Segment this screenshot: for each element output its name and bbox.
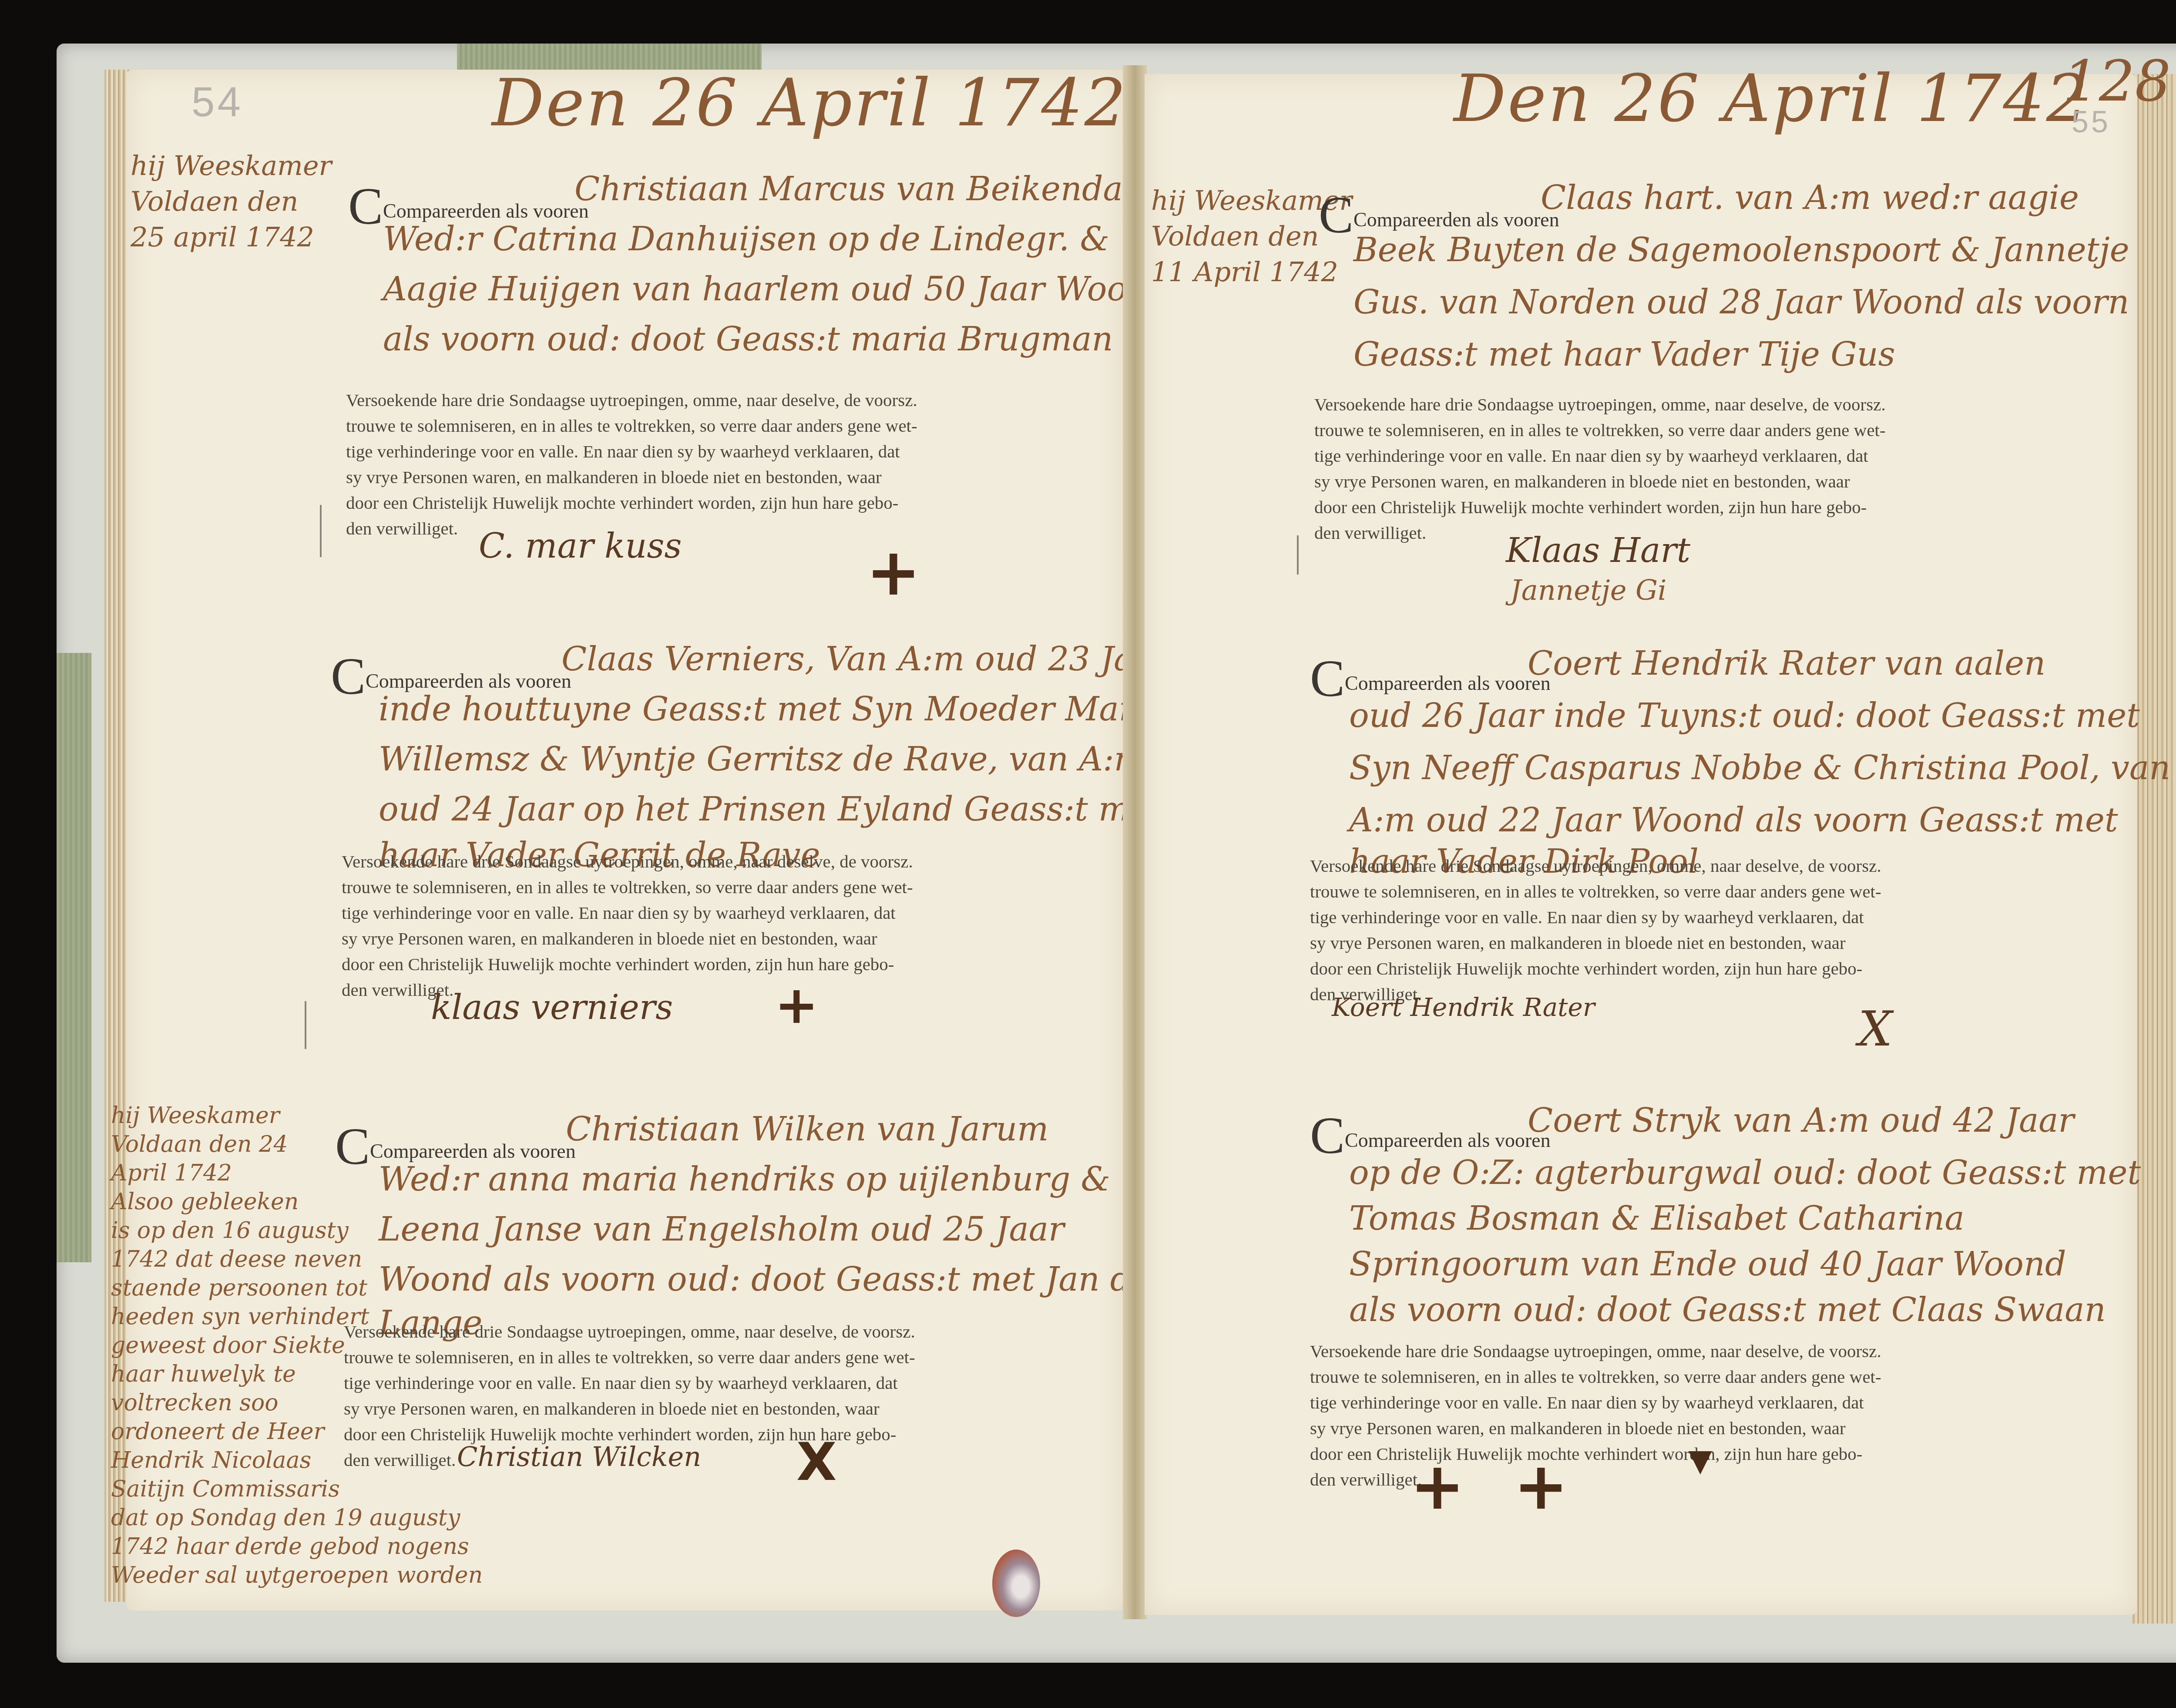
page-edges-right: [2132, 74, 2176, 1624]
right-entry-3-line-2: op de O:Z: agterburgwal oud: doot Geass:…: [1349, 1147, 2141, 1198]
binding-ribbon-left: [57, 653, 91, 1262]
right-entry-2-signature: Koert Hendrik Rater: [1332, 992, 1595, 1022]
left-entry-2-mark: +: [775, 979, 819, 1032]
right-entry-3-printed-formula: Versoekende hare drie Sondaagse uytroepi…: [1310, 1338, 1919, 1493]
left-entry-1-signature: C. mar kuss: [479, 527, 682, 566]
left-header-date: Den 26 April 1742: [492, 65, 1128, 141]
left-entry-3-mark: X: [796, 1436, 837, 1489]
right-entry-3-marks: + +: [1410, 1454, 1582, 1519]
right-entry-3-line-1: Coert Stryk van A:m oud 42 Jaar: [1528, 1095, 2074, 1146]
left-entry-1-bracket: [320, 505, 322, 557]
left-entry-3-line-3: Leena Janse van Engelsholm oud 25 Jaar: [379, 1204, 1064, 1255]
book-gutter: [1123, 65, 1147, 1619]
left-entry-1-margin-note: hij Weeskamer Voldaen den 25 april 1742: [131, 148, 332, 255]
right-entry-2-printed-formula: Versoekende hare drie Sondaagse uytroepi…: [1310, 853, 1919, 1007]
left-entry-1-line-2: Wed:r Catrina Danhuijsen op de Lindegr. …: [383, 213, 1109, 265]
right-entry-2-line-3: Syn Neeff Casparus Nobbe & Christina Poo…: [1349, 742, 2170, 793]
left-entry-3-line-1: Christiaan Wilken van Jarum: [566, 1103, 1048, 1155]
right-entry-2-mark: X: [1858, 1001, 1892, 1057]
left-entry-1-line-1: Christiaan Marcus van Beikenda: [574, 163, 1123, 215]
left-entry-3-line-2: Wed:r anna maria hendriks op uijlenburg …: [379, 1153, 1110, 1205]
right-entry-1-bracket: [1297, 535, 1299, 575]
left-entry-1-line-4: als voorn oud: doot Geass:t maria Brugma…: [383, 313, 1113, 365]
left-entry-2-line-2: inde houttuyne Geass:t met Syn Moeder Ma…: [379, 683, 1204, 735]
left-entry-1-line-3: Aagie Huijgen van haarlem oud 50 Jaar Wo…: [383, 263, 1169, 315]
right-entry-1-line-2: Beek Buyten de Sagemoolenspoort & Jannet…: [1353, 224, 2129, 276]
left-pencil-folio: 54: [191, 78, 243, 126]
right-entry-1-line-3: Gus. van Norden oud 28 Jaar Woond als vo…: [1353, 276, 2129, 328]
right-entry-2-line-2: oud 26 Jaar inde Tuyns:t oud: doot Geass…: [1349, 690, 2140, 741]
right-entry-1-signature-2: Jannetje Gi: [1510, 575, 1667, 607]
right-entry-1-line-1: Claas hart. van A:m wed:r aagie: [1541, 172, 2079, 223]
right-entry-3-line-4: Springoorum van Ende oud 40 Jaar Woond: [1349, 1238, 2066, 1290]
right-entry-1-signature-1: Klaas Hart: [1506, 531, 1690, 570]
left-entry-1-printed-formula: Versoekende hare drie Sondaagse uytroepi…: [346, 387, 955, 541]
right-entry-3-ink-blot: ▼: [1689, 1445, 1712, 1476]
left-entry-3-signature: Christian Wilcken: [457, 1441, 701, 1473]
right-pencil-folio: 55: [2072, 104, 2111, 139]
left-entry-2-line-1: Claas Verniers, Van A:m oud 23 Jaar: [561, 633, 1169, 685]
left-entry-1-mark: +: [866, 540, 921, 605]
left-entry-2-bracket: [305, 1001, 306, 1049]
right-entry-1-printed-formula: Versoekende hare drie Sondaagse uytroepi…: [1314, 392, 1924, 546]
left-entry-2-printed-formula: Versoekende hare drie Sondaagse uytroepi…: [342, 849, 951, 1003]
right-entry-3-line-3: Tomas Bosman & Elisabet Catharina: [1349, 1193, 1964, 1244]
right-header-date: Den 26 April 1742: [1454, 61, 2089, 137]
right-entry-3-line-5: als voorn oud: doot Geass:t met Claas Sw…: [1349, 1284, 2106, 1335]
right-entry-1-line-4: Geass:t met haar Vader Tije Gus: [1353, 329, 1895, 380]
left-entry-3-line-4: Woond als voorn oud: doot Geass:t met Ja…: [379, 1254, 1151, 1305]
left-entry-2-line-3: Willemsz & Wyntje Gerritsz de Rave, van …: [379, 733, 1145, 785]
wax-seal-stain: [992, 1550, 1040, 1617]
right-entry-2-line-1: Coert Hendrik Rater van aalen: [1528, 638, 2045, 689]
left-entry-2-line-4: oud 24 Jaar op het Prinsen Eyland Geass:…: [379, 783, 1163, 835]
left-entry-2-signature: klaas verniers: [431, 988, 673, 1027]
